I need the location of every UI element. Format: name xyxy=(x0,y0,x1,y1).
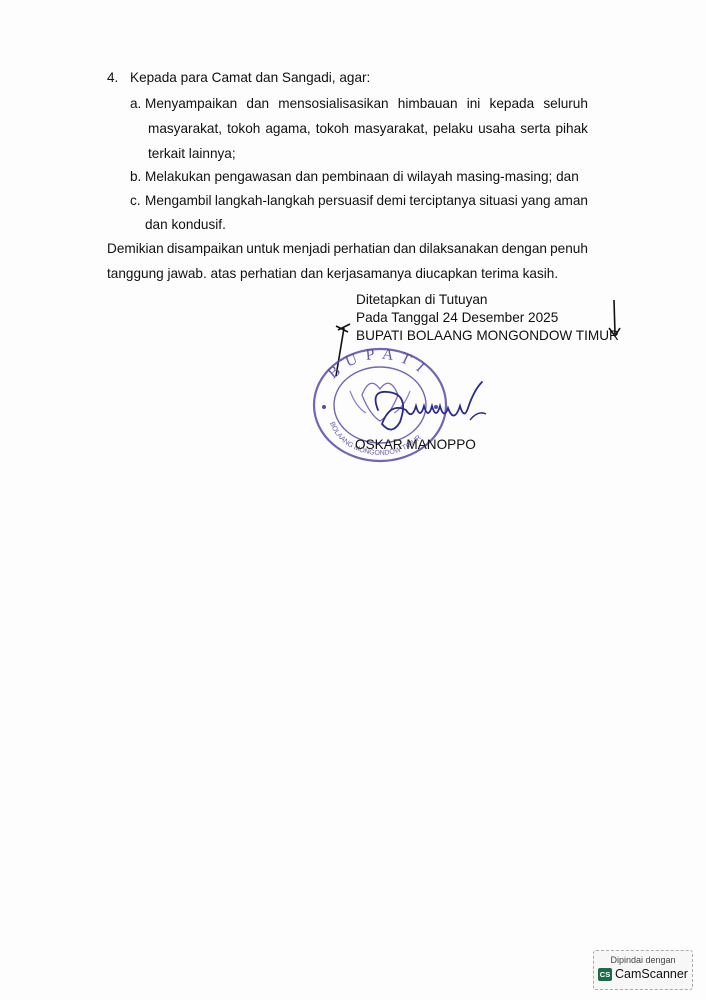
subitem-c-line1: Mengambillangkah-langkahpersuasifdemiter… xyxy=(145,193,588,209)
stamp-top-text: BUPATI xyxy=(325,346,434,383)
subitem-a-line3: terkait lainnya; xyxy=(148,146,236,162)
item-heading: Kepada para Camat dan Sangadi, agar: xyxy=(130,70,370,86)
initial-mark-right-icon xyxy=(606,298,626,340)
watermark-caption: Dipindai dengan xyxy=(594,955,692,965)
camscanner-watermark: Dipindai dengan CS CamScanner xyxy=(593,950,693,990)
subitem-b-label: b. xyxy=(130,169,141,185)
word: himbauan xyxy=(398,96,458,112)
word: agama, xyxy=(265,121,310,137)
word: dilaksanakan xyxy=(419,241,498,257)
word: disampaikan xyxy=(167,241,243,257)
camscanner-logo-icon: CS xyxy=(598,968,612,981)
word: pihak xyxy=(555,121,588,137)
word: seluruh xyxy=(543,96,588,112)
word: untuk xyxy=(246,241,279,257)
word: dengan xyxy=(502,241,547,257)
word: pelaku xyxy=(433,121,473,137)
signature-title: BUPATI BOLAANG MONGONDOW TIMUR xyxy=(356,328,619,344)
signature-place: Ditetapkan di Tutuyan xyxy=(356,292,488,308)
word: terciptanya xyxy=(409,193,476,209)
item-number: 4. xyxy=(107,70,118,86)
subitem-a-line2: masyarakat,tokohagama,tokohmasyarakat,pe… xyxy=(148,121,588,137)
word: dan xyxy=(246,96,269,112)
word: masyarakat, xyxy=(354,121,428,137)
word: dan xyxy=(393,241,416,257)
svg-text:BUPATI: BUPATI xyxy=(325,346,434,383)
scanned-document-page: 4. Kepada para Camat dan Sangadi, agar: … xyxy=(0,0,706,1000)
subitem-a-line1: Menyampaikandanmensosialisasikanhimbauan… xyxy=(145,96,588,112)
word: persuasif xyxy=(318,193,373,209)
word: tokoh xyxy=(227,121,260,137)
word: demi xyxy=(377,193,406,209)
word: menjadi xyxy=(283,241,331,257)
word: ini xyxy=(467,96,481,112)
word: Mengambil xyxy=(145,193,212,209)
word: yang xyxy=(521,193,550,209)
closing-line1: Demikiandisampaikanuntukmenjadiperhatian… xyxy=(107,241,588,257)
word: penuh xyxy=(550,241,588,257)
word: situasi xyxy=(479,193,518,209)
watermark-brand: CamScanner xyxy=(615,967,688,981)
word: masyarakat, xyxy=(148,121,222,137)
subitem-c-line2: dan kondusif. xyxy=(145,217,226,233)
word: tokoh xyxy=(316,121,349,137)
signatory-name: OSKAR MANOPPO xyxy=(355,437,476,453)
word: kepada xyxy=(490,96,535,112)
word: aman xyxy=(554,193,588,209)
word: mensosialisasikan xyxy=(278,96,388,112)
signature-date: Pada Tanggal 24 Desember 2025 xyxy=(356,310,558,326)
word: langkah-langkah xyxy=(215,193,315,209)
handwritten-signature-icon xyxy=(370,380,500,440)
word: serta xyxy=(520,121,550,137)
word: usaha xyxy=(478,121,515,137)
subitem-b-line1: Melakukan pengawasan dan pembinaan di wi… xyxy=(145,169,579,185)
word: Demikian xyxy=(107,241,164,257)
word: Menyampaikan xyxy=(145,96,237,112)
subitem-c-label: c. xyxy=(130,193,141,209)
subitem-a-label: a. xyxy=(130,96,141,112)
word: perhatian xyxy=(333,241,390,257)
closing-line2: tanggung jawab. atas perhatian dan kerja… xyxy=(107,266,558,282)
